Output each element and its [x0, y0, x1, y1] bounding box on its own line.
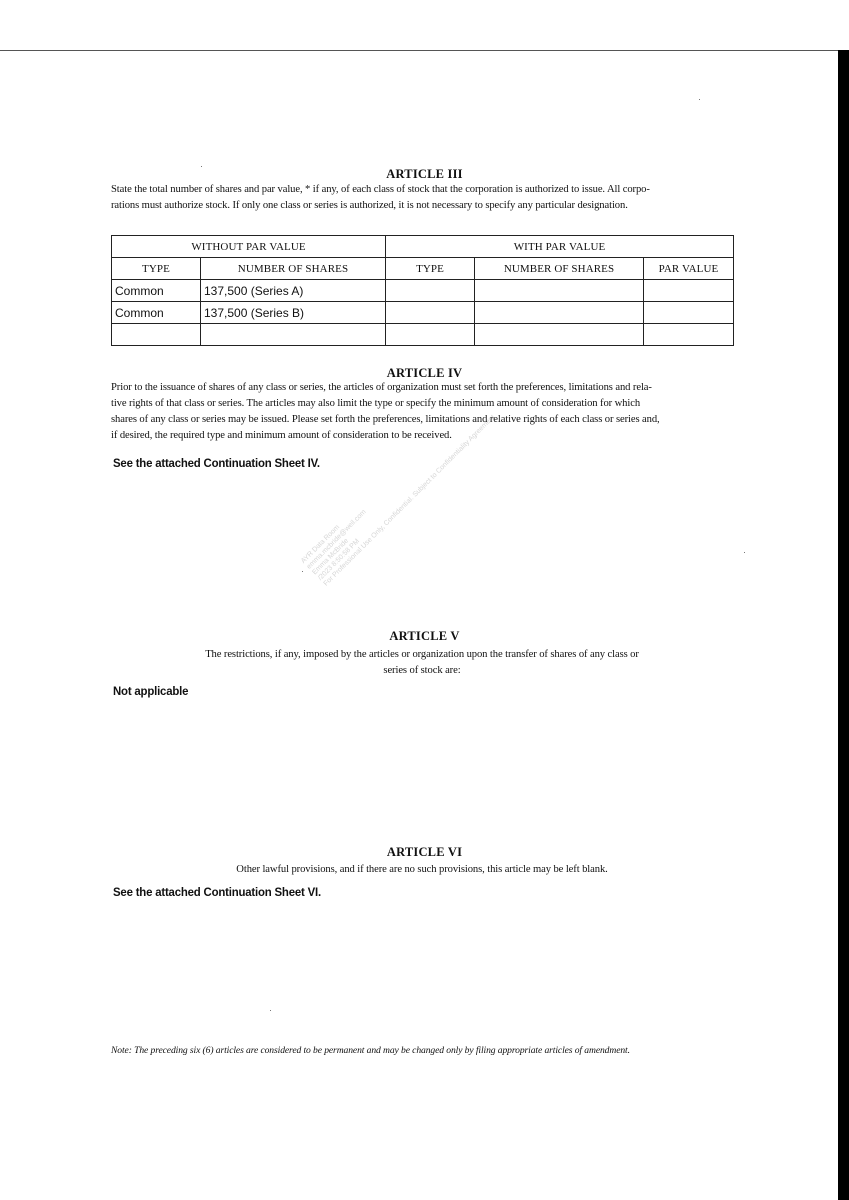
table-cell [475, 280, 644, 302]
table-cell [386, 324, 475, 346]
article-iv-response: See the attached Continuation Sheet IV. [113, 456, 320, 470]
article-vi-instructions: Other lawful provisions, and if there ar… [112, 862, 732, 878]
table-cell: Common [112, 280, 201, 302]
with-par-value-header: WITH PAR VALUE [386, 236, 734, 258]
instructions-line: if desired, the required type and minimu… [111, 428, 736, 444]
article-iv-heading: ARTICLE IV [0, 366, 849, 381]
table-row: Common 137,500 (Series B) [112, 302, 734, 324]
article-iii-instructions: State the total number of shares and par… [111, 182, 736, 214]
instructions-line: The restrictions, if any, imposed by the… [112, 647, 732, 663]
column-header: PAR VALUE [644, 258, 734, 280]
article-vi-response: See the attached Continuation Sheet VI. [113, 885, 321, 899]
table-cell: Common [112, 302, 201, 324]
article-v-response: Not applicable [113, 684, 188, 698]
table-cell [644, 280, 734, 302]
article-v-heading: ARTICLE V [0, 629, 849, 644]
instructions-line: series of stock are: [112, 663, 732, 679]
scan-speck [270, 1010, 271, 1011]
without-par-value-header: WITHOUT PAR VALUE [112, 236, 386, 258]
column-header: TYPE [386, 258, 475, 280]
authorized-shares-table: WITHOUT PAR VALUE WITH PAR VALUE TYPE NU… [111, 235, 734, 346]
table-cell [386, 302, 475, 324]
table-column-header-row: TYPE NUMBER OF SHARES TYPE NUMBER OF SHA… [112, 258, 734, 280]
article-v-instructions: The restrictions, if any, imposed by the… [112, 647, 732, 679]
instructions-line: rations must authorize stock. If only on… [111, 198, 736, 214]
scan-speck [744, 552, 745, 553]
article-vi-heading: ARTICLE VI [0, 845, 849, 860]
table-cell [475, 324, 644, 346]
table-cell [112, 324, 201, 346]
scan-speck [699, 99, 700, 100]
page-top-rule [0, 50, 838, 51]
column-header: NUMBER OF SHARES [201, 258, 386, 280]
table-cell: 137,500 (Series B) [201, 302, 386, 324]
column-header: NUMBER OF SHARES [475, 258, 644, 280]
scan-edge-border [838, 50, 849, 1200]
instructions-line: State the total number of shares and par… [111, 182, 736, 198]
instructions-line: tive rights of that class or series. The… [111, 396, 736, 412]
article-iii-heading: ARTICLE III [0, 167, 849, 182]
table-cell [386, 280, 475, 302]
table-group-header-row: WITHOUT PAR VALUE WITH PAR VALUE [112, 236, 734, 258]
table-cell: 137,500 (Series A) [201, 280, 386, 302]
table-cell [475, 302, 644, 324]
table-cell [201, 324, 386, 346]
footer-note: Note: The preceding six (6) articles are… [111, 1045, 630, 1056]
table-cell [644, 302, 734, 324]
table-row [112, 324, 734, 346]
instructions-line: shares of any class or series may be iss… [111, 412, 736, 428]
table-cell [644, 324, 734, 346]
instructions-line: Prior to the issuance of shares of any c… [111, 380, 736, 396]
article-iv-instructions: Prior to the issuance of shares of any c… [111, 380, 736, 444]
scan-speck [302, 571, 303, 572]
column-header: TYPE [112, 258, 201, 280]
table-row: Common 137,500 (Series A) [112, 280, 734, 302]
